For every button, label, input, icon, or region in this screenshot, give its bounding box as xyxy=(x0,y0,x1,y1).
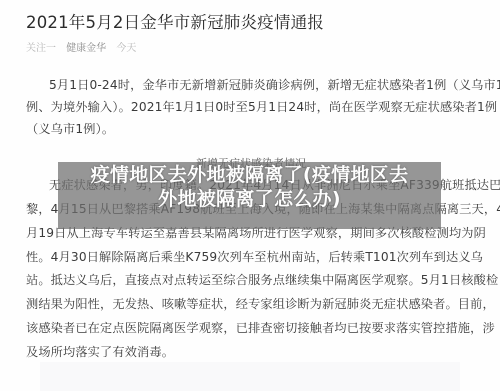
article-title: 2021年5月2日金华市新冠肺炎疫情通报 xyxy=(26,9,324,33)
source-account-link[interactable]: 健康金华 xyxy=(66,43,106,54)
follow-button[interactable]: 关注一 xyxy=(26,43,56,54)
article-meta: 关注一 健康金华 今天 xyxy=(26,39,143,54)
caption-line-2: 外地被隔离了怎么办) xyxy=(58,187,441,211)
paragraph-line: 例、为境外输入）。2021年1月1日0时至5月1日24时，尚在医学观察无症状感染… xyxy=(26,99,497,115)
bottom-fade xyxy=(40,362,460,391)
caption-line-1: 疫情地区去外地被隔离了(疫情地区去 xyxy=(58,163,441,187)
paragraph-line: 性。4月30日解除隔离后乘坐K759次列车至杭州南站，后转乘T101次列车到达义… xyxy=(26,249,483,265)
caption-overlay-text: 疫情地区去外地被隔离了(疫情地区去 外地被隔离了怎么办) xyxy=(58,163,441,211)
paragraph-line: （义乌市1例）。 xyxy=(26,121,114,137)
paragraph-line: 及场所均落实了有效消毒。 xyxy=(26,344,174,360)
paragraph-line: 站。抵达义乌后，直接点对点转运至综合服务点继续集中隔离医学观察。5月1日核酸检 xyxy=(26,272,498,288)
paragraph-line: 该感染者已在定点医院隔离医学观察，已排查密切接触者均已按要求落实管控措施，涉 xyxy=(26,320,495,336)
publish-time: 今天 xyxy=(116,43,136,54)
paragraph-line: 测结果为阳性，无发热、咳嗽等症状，经专家组诊断为新冠肺炎无症状感染者。目前， xyxy=(26,296,495,312)
paragraph-line: 5月1日0-24时，金华市无新增新冠肺炎确诊病例，新增无症状感染者1例（义乌市1 xyxy=(49,77,500,93)
